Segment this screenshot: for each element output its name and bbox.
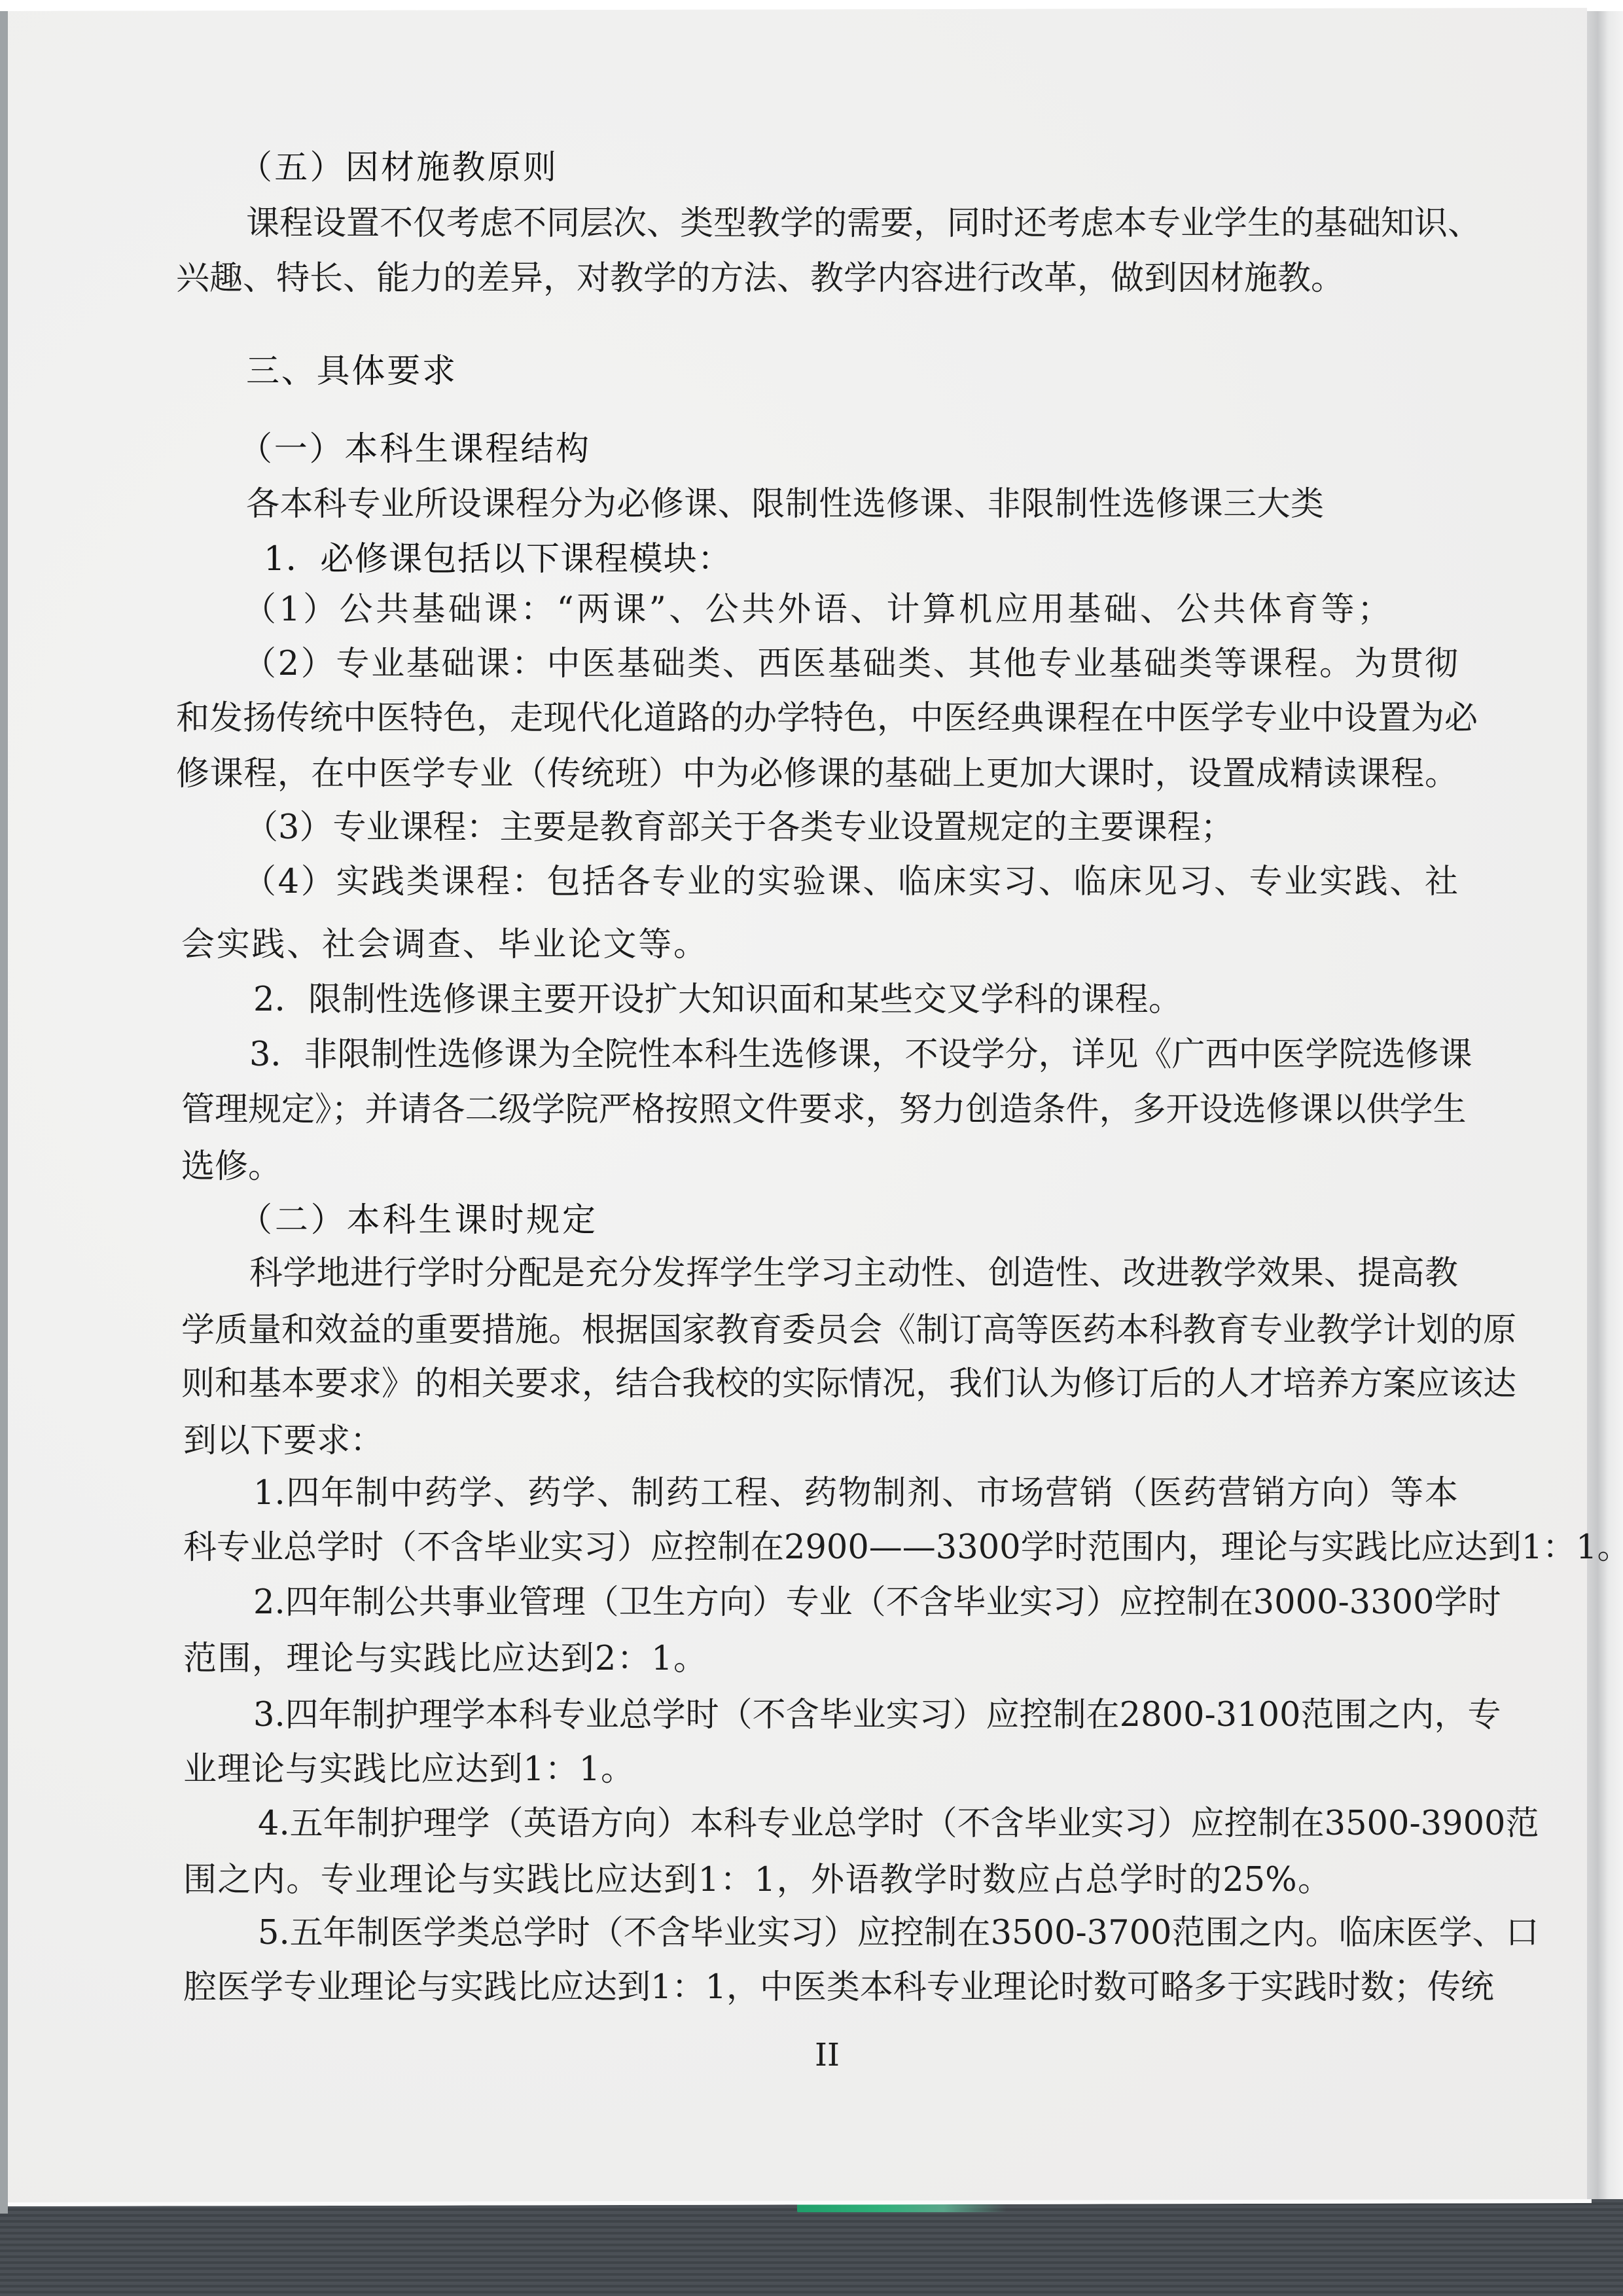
list-item-line: 3.四年制护理学本科专业总学时（不含毕业实习）应控制在2800-3100范围之内… [253,1696,1458,1735]
paragraph-line: 则和基本要求》的相关要求，结合我校的实际情况，我们认为修订后的人才培养方案应该达 [181,1365,1458,1404]
paragraph-line: 科专业总学时（不含毕业实习）应控制在2900——3300学时范围内，理论与实践比… [183,1528,1458,1568]
section-heading-five: （五）因材施教原则 [239,149,556,188]
list-item-line: 2．限制性选修课主要开设扩大知识面和某些交叉学科的课程。 [253,980,1182,1020]
paragraph-line: 会实践、社会调查、毕业论文等。 [181,925,707,965]
list-item-line: （2）专业基础课：中医基础类、西医基础类、其他专业基础类等课程。为贯彻 [243,645,1458,684]
list-item-line: （3）专业课程：主要是教育部关于各类专业设置规定的主要课程； [245,808,1177,848]
subsection-heading-course-structure: （一）本科生课程结构 [239,430,589,469]
paragraph-line: 课程设置不仅考虑不同层次、类型教学的需要，同时还考虑本专业学生的基础知识、 [246,204,1458,243]
list-item-line: 2.四年制公共事业管理（卫生方向）专业（不含毕业实习）应控制在3000-3300… [253,1583,1458,1623]
paragraph-line: 围之内。专业理论与实践比应达到1：1，外语教学时数应占总学时的25%。 [183,1861,1331,1900]
paragraph-line: 范围，理论与实践比应达到2：1。 [183,1640,707,1679]
paragraph-line: 到以下要求： [183,1422,373,1461]
list-item-line: 3．非限制性选修课为全院性本科生选修课，不设学分，详见《广西中医学院选修课 [249,1035,1458,1075]
list-item-line: （1）公共基础课：“两课”、公共外语、计算机应用基础、公共体育等； [243,590,1391,630]
page-gutter-shadow [1587,11,1623,2199]
paragraph-line: 学质量和效益的重要措施。根据国家教育委员会《制订高等医药本科教育专业教学计划的原 [181,1311,1458,1350]
subsection-heading-class-hours: （二）本科生课时规定 [239,1201,596,1240]
paragraph-line: 业理论与实践比应达到1：1。 [183,1750,634,1789]
paragraph-line: 选修。 [181,1147,275,1187]
list-item-line: 5.五年制医学类总学时（不含毕业实习）应控制在3500-3700范围之内。临床医… [258,1914,1458,1953]
paragraph-line: 科学地进行学时分配是充分发挥学生学习主动性、创造性、改进教学效果、提高教 [249,1254,1458,1293]
item-heading-required-courses: 1．必修课包括以下课程模块： [264,540,731,579]
list-item-line: 4.五年制护理学（英语方向）本科专业总学时（不含毕业实习）应控制在3500-39… [258,1804,1458,1844]
paragraph-line: 腔医学专业理论与实践比应达到1：1，中医类本科专业理论时数可略多于实践时数；传统 [183,1968,1458,2007]
paragraph-line: 各本科专业所设课程分为必修课、限制性选修课、非限制性选修课三大类 [246,485,1324,524]
list-item-line: 1.四年制中药学、药学、制药工程、药物制剂、市场营销（医药营销方向）等本 [253,1474,1458,1513]
paragraph-line: 和发扬传统中医特色，走现代化道路的办学特色，中医经典课程在中医学专业中设置为必 [176,699,1458,738]
section-heading-specific-requirements: 三、具体要求 [246,352,455,391]
scanner-background [0,2199,1623,2296]
scan-left-edge [0,11,8,2214]
paragraph-line: 管理规定》；并请各二级学院严格按照文件要求，努力创造条件，多开设选修课以供学生 [181,1090,1458,1130]
page-number: II [815,2039,840,2072]
paragraph-line: 修课程，在中医学专业（传统班）中为必修课的基础上更加大课时，设置成精读课程。 [176,755,1458,794]
list-item-line: （4）实践类课程：包括各专业的实验课、临床实习、临床见习、专业实践、社 [243,863,1458,902]
paragraph-line: 兴趣、特长、能力的差异，对教学的方法、教学内容进行改革，做到因材施教。 [176,259,1303,298]
